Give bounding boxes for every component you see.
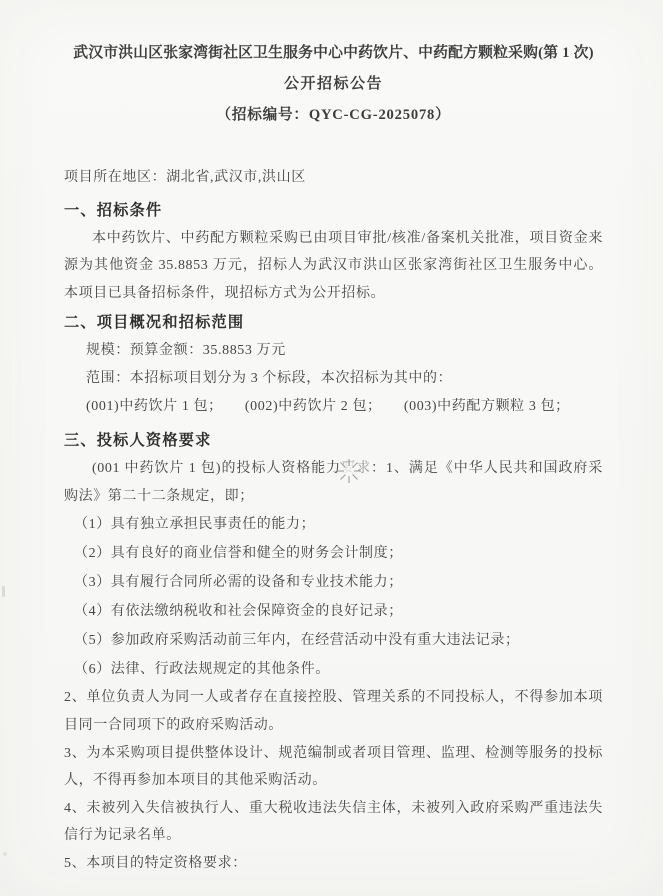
budget-scale-line: 规模：预算金额：35.8853 万元	[64, 337, 603, 365]
law-requirement-item-6: （6）法律、行政法规规定的其他条件。	[64, 655, 603, 684]
project-location-line: 项目所在地区：湖北省,武汉市,洪山区	[64, 164, 603, 192]
qualification-numbered-item-2: 2、单位负责人为同一人或者存在直接控股、管理关系的不同投标人，不得参加本项目同一…	[64, 684, 603, 739]
scan-edge-speck	[2, 586, 5, 597]
qualification-numbered-item-5: 5、本项目的特定资格要求：	[64, 850, 603, 878]
qualification-numbered-item-3: 3、为本采购项目提供整体设计、规范编制或者项目管理、监理、检测等服务的投标人，不…	[64, 740, 603, 795]
law-requirement-item-2: （2）具有良好的商业信誉和健全的财务会计制度；	[64, 539, 603, 568]
lot-list-line: (001)中药饮片 1 包； (002)中药饮片 2 包； (003)中药配方颗…	[64, 393, 603, 421]
section-3-heading: 三、投标人资格要求	[64, 427, 603, 455]
section-2-heading: 二、项目概况和招标范围	[64, 309, 603, 337]
tender-number-line: （招标编号：QYC-CG-2025078）	[64, 100, 603, 131]
section-1-paragraph: 本中药饮片、中药配方颗粒采购已由项目审批/核准/备案机关批准，项目资金来源为其他…	[64, 225, 603, 308]
qualification-numbered-item-4: 4、未被列入失信被执行人、重大税收违法失信主体，未被列入政府采购严重违法失信行为…	[64, 795, 603, 850]
qualification-intro-paragraph: (001 中药饮片 1 包)的投标人资格能力要求 ：1、满足《中华人民共和国政府…	[64, 455, 603, 510]
law-requirement-item-3: （3）具有履行合同所必需的设备和专业技术能力；	[64, 568, 603, 597]
tender-scope-line: 范围：本招标项目划分为 3 个标段，本次招标为其中的：	[64, 365, 603, 393]
document-title-line-1: 武汉市洪山区张家湾街社区卫生服务中心中药饮片、中药配方颗粒采购(第 1 次)	[64, 38, 603, 69]
scanned-tender-document-page: 武汉市洪山区张家湾街社区卫生服务中心中药饮片、中药配方颗粒采购(第 1 次) 公…	[0, 0, 663, 896]
law-requirement-item-1: （1）具有独立承担民事责任的能力；	[64, 510, 603, 539]
qualification-intro-text-before: (001 中药饮片 1 包)的投标人资格能力	[92, 461, 341, 476]
smudged-text-glyphs: 要求	[341, 461, 371, 476]
document-title-line-2: 公开招标公告	[64, 69, 603, 100]
law-requirement-item-5: （5）参加政府采购活动前三年内，在经营活动中没有重大违法记录；	[64, 626, 603, 655]
law-requirement-item-4: （4）有依法缴纳税收和社会保障资金的良好记录；	[64, 597, 603, 626]
smudged-text: 要求	[341, 461, 371, 476]
section-1-heading: 一、招标条件	[64, 197, 603, 225]
scan-edge-speck-small	[3, 852, 7, 856]
document-title-block: 武汉市洪山区张家湾街社区卫生服务中心中药饮片、中药配方颗粒采购(第 1 次) 公…	[64, 38, 603, 131]
